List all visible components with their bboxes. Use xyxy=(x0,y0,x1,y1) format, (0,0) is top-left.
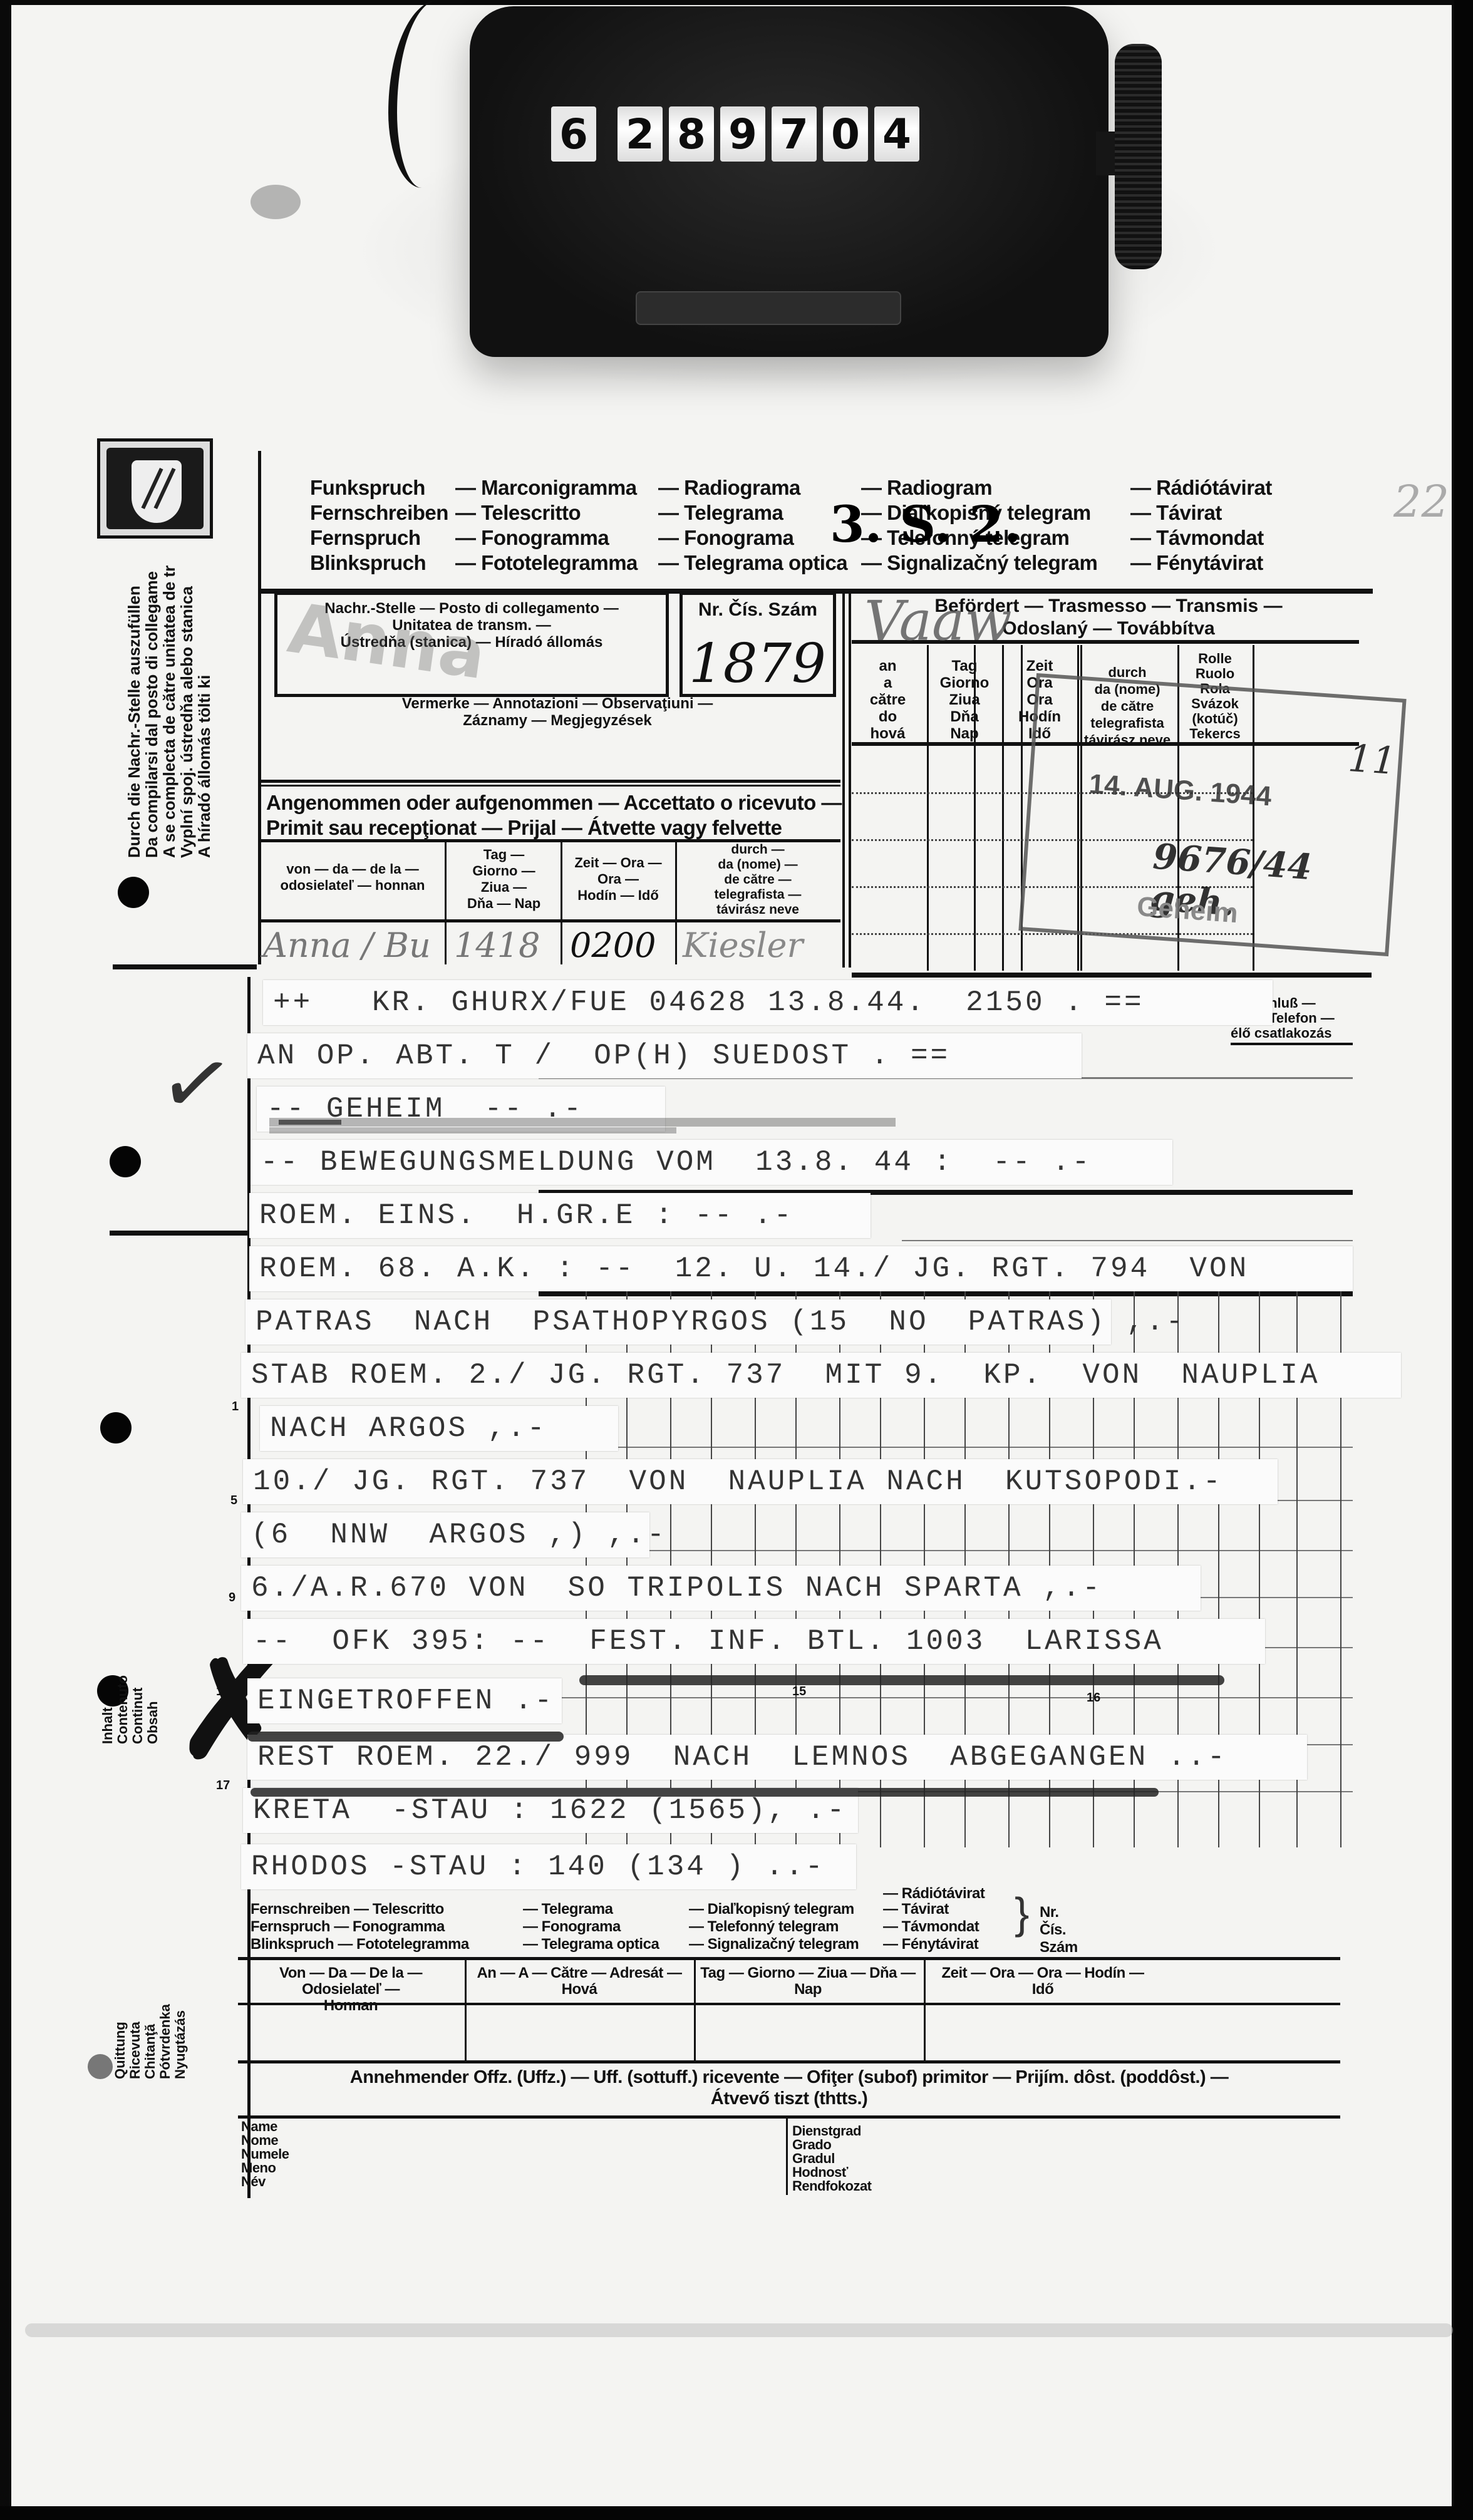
name-field-label: Name Nome Numele Meno Név xyxy=(241,2120,289,2189)
punch-hole xyxy=(100,1412,132,1443)
forwarded-col-day: Tag Giorno Ziua Dňa Nap xyxy=(930,658,999,742)
message-number: 1879 xyxy=(689,633,826,695)
message-line: RHODOS -STAU : 140 (134 ) ..- xyxy=(241,1844,856,1889)
message-line: NACH ARGOS ,.- xyxy=(260,1406,618,1451)
received-time-value: 0200 xyxy=(570,926,656,965)
counter-nameplate xyxy=(636,291,901,325)
received-stamp: 14. AUG. 1944 9676/44 geh. Geheim 11 xyxy=(1018,673,1406,956)
received-col-time: Zeit — Ora — Ora — Hodín — Idő xyxy=(562,855,674,904)
counter-digit: 0 xyxy=(823,106,868,162)
received-from-value: Anna / Bu xyxy=(263,926,431,965)
message-line: EINGETROFFEN .- xyxy=(247,1678,562,1723)
counter-digit: 6 xyxy=(551,106,596,162)
line-number: 1 xyxy=(232,1400,239,1414)
receipt-label: Quittung Ricevuta Chitanţă Pótvrdenka Ny… xyxy=(113,2004,188,2079)
message-line: 6./A.R.670 VON SO TRIPOLIS NACH SPARTA ,… xyxy=(241,1566,1201,1611)
rank-field-label: Dienstgrad Grado Gradul Hodnosť Rendfoko… xyxy=(792,2124,872,2193)
counter-digit: 4 xyxy=(874,106,919,162)
message-line: STAB ROEM. 2./ JG. RGT. 737 MIT 9. KP. V… xyxy=(241,1353,1401,1398)
message-line: -- BEWEGUNGSMELDUNG VOM 13.8. 44 : -- .- xyxy=(251,1140,1172,1185)
smudge xyxy=(251,185,301,219)
left-instructions: Durch die Nachr.-Stelle auszufüllen Da c… xyxy=(125,565,213,858)
punch-hole xyxy=(88,2054,113,2079)
message-line: ++ KR. GHURX/FUE 04628 13.8.44. 2150 . =… xyxy=(263,980,1273,1025)
crayon-underline xyxy=(579,1675,1224,1685)
forwarded-col-to: an a către do hová xyxy=(852,658,924,742)
margin-rule xyxy=(113,964,257,969)
message-line: ROEM. 68. A.K. : -- 12. U. 14./ JG. RGT.… xyxy=(249,1246,1353,1291)
form-left-border xyxy=(258,451,261,964)
crayon-underline xyxy=(269,1118,896,1127)
counter-digit: 7 xyxy=(772,106,817,162)
signal-corps-logo xyxy=(97,438,213,539)
crayon-underline xyxy=(247,1732,564,1742)
sheet-number-pencil: 22 xyxy=(1393,476,1449,527)
line-number: 9 xyxy=(229,1591,235,1605)
content-label: Inhalt Contenuto Continut Obsah xyxy=(100,1675,160,1744)
message-line: ROEM. EINS. H.GR.E : -- .- xyxy=(249,1193,871,1238)
fold-shadow xyxy=(25,2323,1453,2337)
counter-reset-knob-icon xyxy=(1115,44,1162,269)
receipt-radio-label: — Rádiótávirat xyxy=(883,1885,985,1903)
form-divider xyxy=(842,592,845,968)
priority-stamp: 3. S. 2. xyxy=(830,495,1021,554)
crayon-underline xyxy=(251,1788,1159,1797)
received-title: Angenommen oder aufgenommen — Accettato … xyxy=(266,790,842,840)
crayon-underline xyxy=(269,1127,676,1133)
receiving-officer-label: Annehmender Offz. (Uffz.) — Uff. (sottuf… xyxy=(244,2067,1334,2109)
form-divider xyxy=(849,592,851,968)
margin-rule xyxy=(110,1231,254,1236)
forwarded-bottom-rule xyxy=(852,973,1372,978)
counter-digit: 9 xyxy=(720,106,765,162)
remarks-label: Vermerke — Annotazioni — Observaţiuni — … xyxy=(276,695,839,729)
forwarder-signature: Vaaw xyxy=(864,589,1012,653)
received-col-day: Tag — Giorno — Ziua — Dňa — Nap xyxy=(446,847,562,912)
film-edge-bottom xyxy=(0,2506,1473,2520)
message-line: (6 NNW ARGOS ,) ,.- xyxy=(241,1512,649,1557)
message-line: AN OP. ABT. T / OP(H) SUEDOST . == xyxy=(247,1033,1082,1078)
counter-digit: 2 xyxy=(618,106,663,162)
received-day-value: 1418 xyxy=(454,926,540,965)
counter-digit: 8 xyxy=(669,106,714,162)
film-edge-right xyxy=(1454,0,1473,2520)
punch-hole xyxy=(118,877,149,908)
message-line: PATRAS NACH PSATHOPYRGOS (15 NO PATRAS) … xyxy=(246,1299,1111,1345)
receipt-nr-label: Nr. Čís. Szám xyxy=(1040,1904,1078,1956)
message-line: -- OFK 395: -- FEST. INF. BTL. 1003 LARI… xyxy=(243,1619,1265,1664)
grid-number: 16 xyxy=(1087,1691,1100,1705)
grid-number: 15 xyxy=(792,1685,806,1699)
received-col-from: von — da — de la — odosielateľ — honnan xyxy=(262,861,443,894)
punch-hole xyxy=(110,1146,141,1177)
line-number: 5 xyxy=(230,1494,237,1508)
received-by-value: Kiesler xyxy=(683,926,803,965)
message-line: 10./ JG. RGT. 737 VON NAUPLIA NACH KUTSO… xyxy=(243,1459,1278,1504)
counter-digits: 6 2 8 9 7 0 4 xyxy=(551,106,919,162)
received-col-by: durch — da (nome) — de către — telegrafi… xyxy=(676,842,839,917)
